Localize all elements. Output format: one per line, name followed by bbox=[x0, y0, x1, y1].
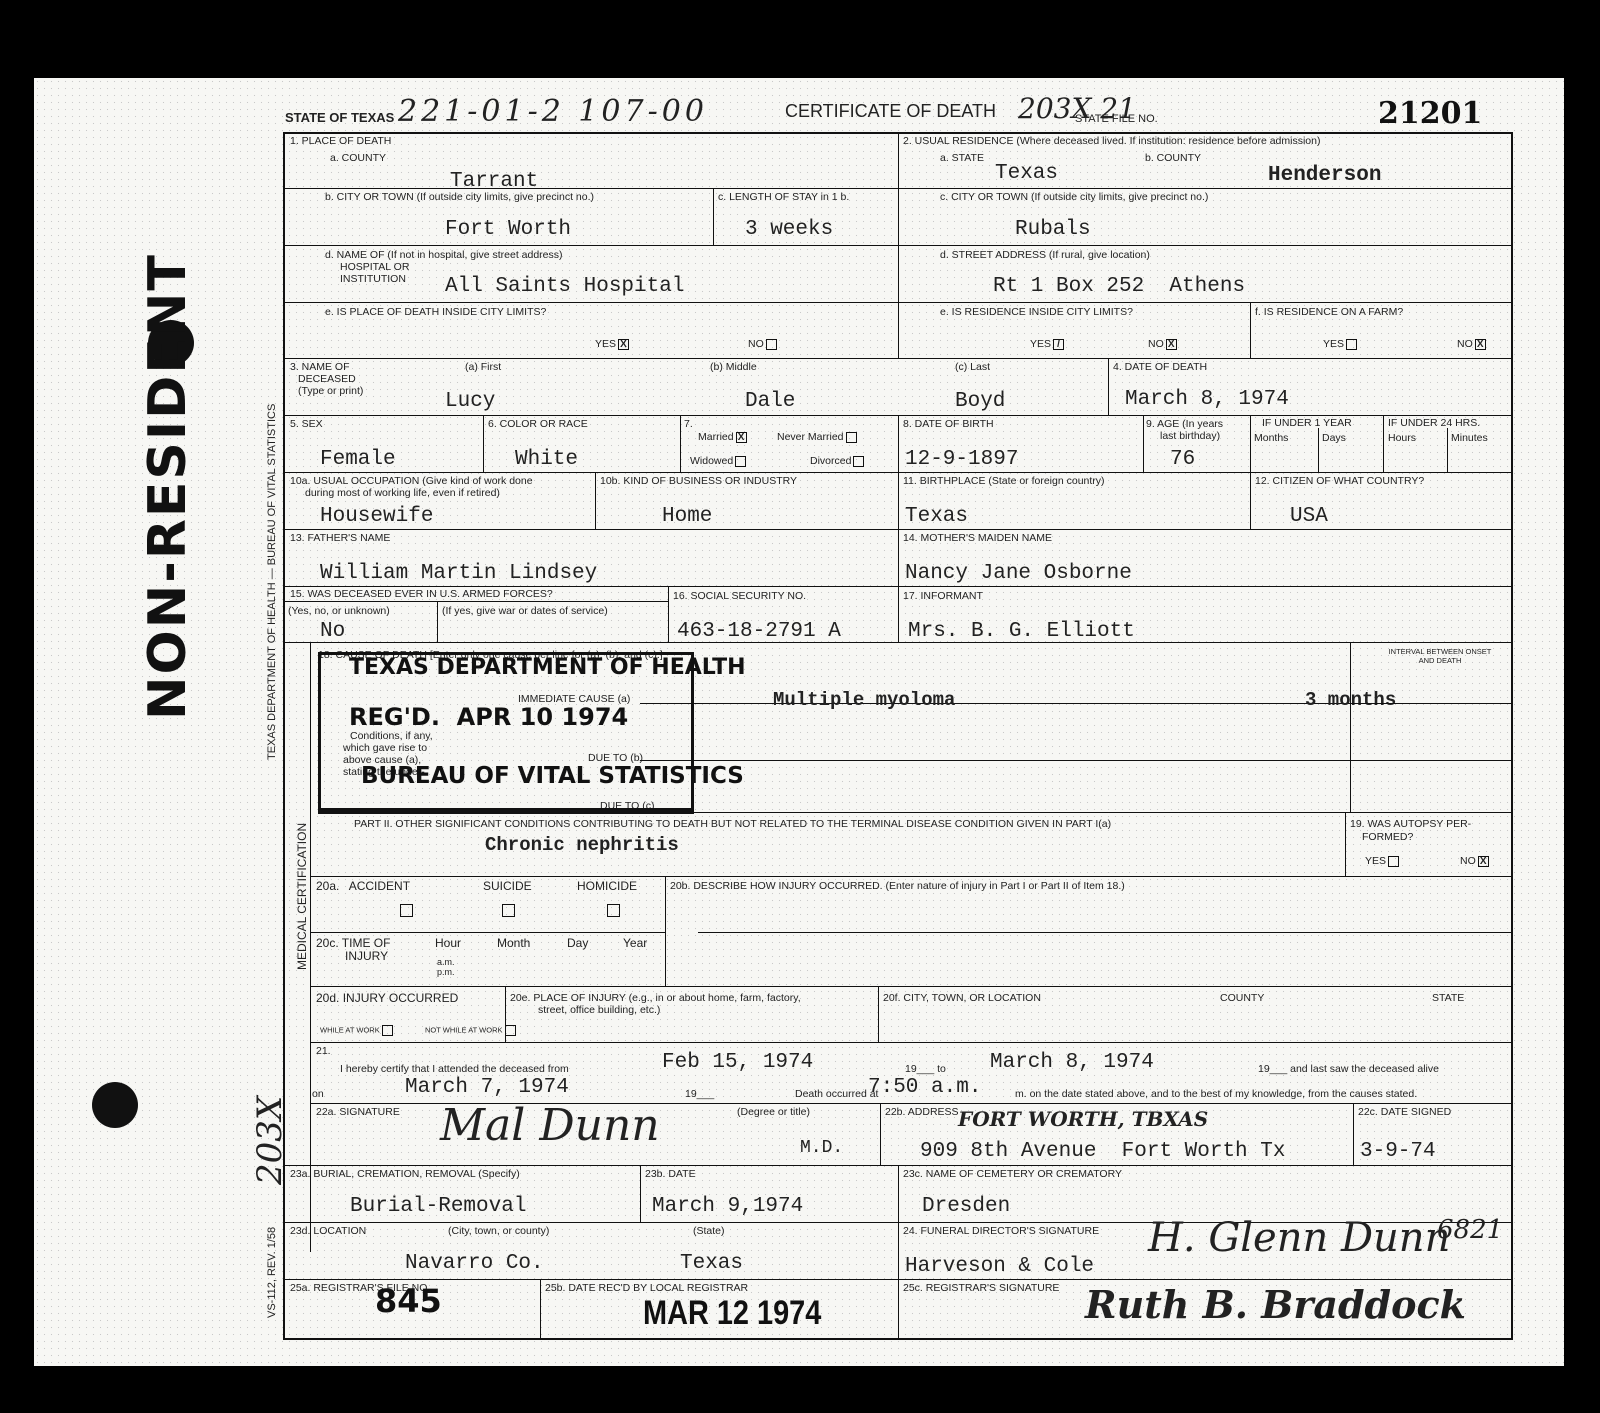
divider bbox=[898, 472, 899, 642]
checkbox-divorced[interactable] bbox=[853, 456, 864, 467]
residence-inside-no: NOX bbox=[1148, 338, 1177, 350]
certificate-number: 21201 bbox=[1378, 96, 1482, 131]
funeral-director-number: 6821 bbox=[1437, 1215, 1503, 1245]
age-label-1: 9. AGE (In years bbox=[1146, 418, 1223, 430]
date-received-label: 25b. DATE REC'D BY LOCAL REGISTRAR bbox=[545, 1282, 748, 1294]
armed-sub-label-1: (Yes, no, or unknown) bbox=[288, 605, 390, 617]
first-name: Lucy bbox=[445, 390, 495, 413]
mother-label: 14. MOTHER'S MAIDEN NAME bbox=[903, 532, 1052, 544]
injury-occurred-label: 20d. INJURY OCCURRED bbox=[316, 992, 458, 1006]
widowed-label: Widowed bbox=[690, 455, 733, 467]
married-label: Married bbox=[698, 431, 734, 443]
divider bbox=[595, 472, 596, 529]
divider bbox=[283, 1279, 1513, 1280]
stamp-line-2: REG'D. APR 10 1974 bbox=[349, 703, 628, 731]
day-label: Day bbox=[567, 937, 588, 951]
punch-hole-bottom bbox=[92, 1082, 138, 1128]
county-label: a. COUNTY bbox=[330, 152, 386, 164]
inside-city-limits-label: e. IS PLACE OF DEATH INSIDE CITY LIMITS? bbox=[325, 306, 546, 318]
armed-sub-label-2: (If yes, give war or dates of service) bbox=[442, 605, 608, 617]
location-state-label: (State) bbox=[693, 1225, 725, 1237]
hospital-label-2: HOSPITAL OR bbox=[340, 261, 409, 273]
divider bbox=[1250, 472, 1251, 529]
medical-cert-border bbox=[310, 642, 311, 1252]
checkbox-no[interactable]: X bbox=[1166, 339, 1177, 350]
no-label: NO bbox=[1457, 338, 1473, 350]
attended-to-date: March 8, 1974 bbox=[990, 1051, 1154, 1074]
hours-label: Hours bbox=[1388, 432, 1416, 444]
death-time: 7:50 a.m. bbox=[868, 1076, 981, 1099]
signature-label: 22a. SIGNATURE bbox=[316, 1106, 400, 1118]
divider bbox=[668, 586, 669, 642]
checkbox-no[interactable]: X bbox=[1478, 856, 1489, 867]
divider bbox=[680, 415, 681, 472]
place-of-injury-label-2: street, office building, etc.) bbox=[538, 1004, 660, 1016]
divider bbox=[1383, 415, 1384, 472]
widowed-option: Widowed bbox=[690, 455, 746, 467]
checkbox-accident[interactable] bbox=[400, 904, 413, 917]
divider bbox=[1318, 428, 1319, 472]
date-signed: 3-9-74 bbox=[1360, 1140, 1436, 1163]
form-revision: VS-112, REV. 1/58 bbox=[266, 1227, 278, 1318]
divider bbox=[1345, 812, 1346, 876]
homicide-label: HOMICIDE bbox=[577, 880, 637, 894]
checkbox-while-at-work[interactable] bbox=[382, 1025, 393, 1036]
divider bbox=[283, 642, 1513, 643]
divider bbox=[283, 586, 1513, 587]
divider bbox=[898, 1165, 899, 1340]
father-label: 13. FATHER'S NAME bbox=[290, 532, 390, 544]
death-inside-yes: YESX bbox=[595, 338, 629, 350]
burial-location-state: Texas bbox=[680, 1252, 743, 1275]
divider bbox=[1350, 642, 1351, 812]
divider bbox=[437, 601, 438, 642]
funeral-director-label: 24. FUNERAL DIRECTOR'S SIGNATURE bbox=[903, 1225, 1099, 1237]
checkbox-never-married[interactable] bbox=[846, 432, 857, 443]
hospital-label-3: INSTITUTION bbox=[340, 273, 406, 285]
checkbox-yes[interactable] bbox=[1388, 856, 1399, 867]
first-name-label: (a) First bbox=[465, 361, 501, 373]
months-label: Months bbox=[1254, 432, 1288, 444]
length-of-stay: 3 weeks bbox=[745, 218, 833, 241]
cemetery-label: 23c. NAME OF CEMETERY OR CREMATORY bbox=[903, 1168, 1122, 1180]
year-blank: 19___ bbox=[685, 1088, 714, 1100]
occupation-label-1: 10a. USUAL OCCUPATION (Give kind of work… bbox=[290, 475, 533, 487]
certify-text-3: m. on the date stated above, and to the … bbox=[1015, 1088, 1417, 1100]
business-label: 10b. KIND OF BUSINESS OR INDUSTRY bbox=[600, 475, 797, 487]
date-of-death: March 8, 1974 bbox=[1125, 388, 1289, 411]
death-city: Fort Worth bbox=[445, 218, 571, 241]
yes-label: YES bbox=[1323, 338, 1344, 350]
age-label-2: last birthday) bbox=[1160, 430, 1220, 442]
disposition: Burial-Removal bbox=[350, 1195, 526, 1218]
address-stamp: FORT WORTH, TBXAS bbox=[958, 1107, 1208, 1131]
usual-residence-label: 2. USUAL RESIDENCE (Where deceased lived… bbox=[903, 135, 1320, 147]
occupation-label-2: during most of working life, even if ret… bbox=[305, 487, 500, 499]
marital-label: 7. bbox=[684, 418, 693, 430]
injury-state-label: STATE bbox=[1432, 992, 1464, 1004]
cemetery: Dresden bbox=[922, 1195, 1010, 1218]
no-label: NO bbox=[1460, 855, 1476, 867]
on-label: on bbox=[312, 1088, 324, 1100]
farm-label: f. IS RESIDENCE ON A FARM? bbox=[1255, 306, 1403, 318]
month-label: Month bbox=[497, 937, 530, 951]
death-occurred-label: Death occurred at bbox=[795, 1088, 878, 1100]
divider bbox=[880, 1103, 881, 1165]
degree: M.D. bbox=[800, 1138, 843, 1158]
place-of-injury-label-1: 20e. PLACE OF INJURY (e.g., in or about … bbox=[510, 992, 801, 1004]
registrar-signature: Ruth B. Braddock bbox=[1085, 1282, 1466, 1327]
birthplace: Texas bbox=[905, 505, 968, 528]
address-label: 22b. ADDRESS bbox=[885, 1106, 959, 1118]
to-label: 19___ to bbox=[905, 1063, 946, 1075]
divider bbox=[310, 986, 1513, 987]
divider bbox=[283, 188, 898, 189]
divider bbox=[483, 415, 484, 472]
accident-label: 20a. ACCIDENT bbox=[316, 880, 410, 894]
disposition-label: 23a. BURIAL, CREMATION, REMOVAL (Specify… bbox=[290, 1168, 520, 1180]
divider bbox=[505, 986, 506, 1042]
location-city-label: (City, town, or county) bbox=[448, 1225, 549, 1237]
divider bbox=[1353, 1103, 1354, 1165]
last-name-label: (c) Last bbox=[955, 361, 990, 373]
residence-city: Rubals bbox=[1015, 218, 1091, 241]
certify-text-2: 19___ and last saw the deceased alive bbox=[1258, 1063, 1439, 1075]
checkbox-married[interactable]: X bbox=[736, 432, 747, 443]
yes-label: YES bbox=[595, 338, 616, 350]
physician-address: 909 8th Avenue Fort Worth Tx bbox=[920, 1140, 1285, 1163]
divider bbox=[665, 876, 666, 986]
injury-county-label: COUNTY bbox=[1220, 992, 1264, 1004]
last-name: Boyd bbox=[955, 390, 1005, 413]
divider bbox=[898, 188, 1513, 189]
divider bbox=[640, 812, 1513, 813]
registrar-file-number: 845 bbox=[375, 1282, 442, 1320]
divider bbox=[1350, 703, 1513, 704]
checkbox-no[interactable] bbox=[766, 339, 777, 350]
autopsy-yes: YES bbox=[1365, 855, 1399, 867]
social-security-number: 463-18-2791 A bbox=[677, 620, 841, 643]
injury-city-label: 20f. CITY, TOWN, OR LOCATION bbox=[883, 992, 1041, 1004]
part2-label: PART II. OTHER SIGNIFICANT CONDITIONS CO… bbox=[354, 818, 1111, 830]
hour-label: Hour bbox=[435, 937, 461, 951]
while-at-work-label: WHILE AT WORK bbox=[320, 1025, 380, 1034]
residence-county-label: b. COUNTY bbox=[1145, 152, 1201, 164]
divider bbox=[540, 1279, 541, 1340]
name-label-3: (Type or print) bbox=[298, 385, 363, 397]
armed-forces-label: 15. WAS DECEASED EVER IN U.S. ARMED FORC… bbox=[290, 588, 553, 600]
checkbox-yes[interactable]: X bbox=[618, 339, 629, 350]
yes-label: YES bbox=[1365, 855, 1386, 867]
divider bbox=[640, 703, 1350, 704]
degree-label: (Degree or title) bbox=[737, 1106, 810, 1118]
residence-state: Texas bbox=[995, 162, 1058, 185]
immediate-cause: Multiple myoloma bbox=[773, 689, 955, 711]
divider bbox=[283, 245, 1513, 246]
informant-label: 17. INFORMANT bbox=[903, 590, 983, 602]
location-label: 23d. LOCATION bbox=[290, 1225, 366, 1237]
divider bbox=[640, 760, 1350, 761]
certification-item-label: 21. bbox=[316, 1045, 331, 1057]
minutes-label: Minutes bbox=[1451, 432, 1488, 444]
while-at-work: WHILE AT WORK bbox=[320, 1025, 393, 1036]
stamp-line-1: TEXAS DEPARTMENT OF HEALTH bbox=[349, 655, 746, 680]
never-married-label: Never Married bbox=[777, 431, 844, 443]
checkbox-not-while-at-work[interactable] bbox=[505, 1025, 516, 1036]
under-24-hrs-label: IF UNDER 24 HRS. bbox=[1388, 417, 1480, 429]
married-option: MarriedX bbox=[698, 431, 747, 443]
date-of-birth: 12-9-1897 bbox=[905, 448, 1018, 471]
sex-label: 5. SEX bbox=[290, 418, 323, 430]
divider bbox=[310, 1042, 1513, 1043]
checkbox-yes[interactable] bbox=[1346, 339, 1357, 350]
checkbox-widowed[interactable] bbox=[735, 456, 746, 467]
ssn-label: 16. SOCIAL SECURITY NO. bbox=[673, 590, 806, 602]
department-margin-text: TEXAS DEPARTMENT OF HEALTH — BUREAU OF V… bbox=[266, 404, 278, 760]
residence-county: Henderson bbox=[1268, 164, 1381, 187]
place-of-death-label: 1. PLACE OF DEATH bbox=[290, 135, 391, 147]
received-stamp: TEXAS DEPARTMENT OF HEALTH REG'D. APR 10… bbox=[318, 652, 694, 814]
informant: Mrs. B. G. Elliott bbox=[908, 620, 1135, 643]
divider bbox=[698, 932, 1513, 933]
middle-name-label: (b) Middle bbox=[710, 361, 757, 373]
burial-date-label: 23b. DATE bbox=[645, 1168, 696, 1180]
registrar-signature-label: 25c. REGISTRAR'S SIGNATURE bbox=[903, 1282, 1059, 1294]
hospital-name: All Saints Hospital bbox=[445, 275, 684, 298]
divider bbox=[878, 986, 879, 1042]
autopsy-label-1: 19. WAS AUTOPSY PER- bbox=[1350, 818, 1471, 830]
residence-state-label: a. STATE bbox=[940, 152, 984, 164]
residence-inside-yes: YES/ bbox=[1030, 338, 1064, 350]
name-label-2: DECEASED bbox=[298, 373, 356, 385]
residence-city-label: c. CITY OR TOWN (If outside city limits,… bbox=[940, 191, 1208, 203]
birthplace-label: 11. BIRTHPLACE (State or foreign country… bbox=[903, 475, 1105, 487]
handwritten-code: 221-01-2 107-00 bbox=[398, 94, 708, 129]
farm-yes: YES bbox=[1323, 338, 1357, 350]
no-label: NO bbox=[1148, 338, 1164, 350]
death-county: Tarrant bbox=[450, 170, 538, 193]
never-married-option: Never Married bbox=[777, 431, 857, 443]
no-label: NO bbox=[748, 338, 764, 350]
mother-maiden-name: Nancy Jane Osborne bbox=[905, 562, 1132, 585]
checkbox-homicide[interactable] bbox=[607, 904, 620, 917]
street-address: Rt 1 Box 252 Athens bbox=[993, 275, 1245, 298]
autopsy-label-2: FORMED? bbox=[1362, 831, 1413, 843]
state-of-texas-label: STATE OF TEXAS bbox=[285, 111, 394, 126]
divider bbox=[713, 188, 714, 245]
middle-name: Dale bbox=[745, 390, 795, 413]
state-file-no-label: STATE FILE NO. bbox=[1075, 113, 1158, 126]
attended-from-date: Feb 15, 1974 bbox=[662, 1051, 813, 1074]
last-seen-date: March 7, 1974 bbox=[405, 1076, 569, 1099]
residence-inside-limits-label: e. IS RESIDENCE INSIDE CITY LIMITS? bbox=[940, 306, 1133, 318]
divider bbox=[283, 601, 668, 602]
hospital-label-1: d. NAME OF (If not in hospital, give str… bbox=[325, 249, 563, 261]
checkbox-suicide[interactable] bbox=[502, 904, 515, 917]
divider bbox=[640, 1165, 641, 1222]
date-of-death-label: 4. DATE OF DEATH bbox=[1113, 361, 1207, 373]
death-inside-no: NO bbox=[748, 338, 777, 350]
armed-forces: No bbox=[320, 620, 345, 643]
under-1-year-label: IF UNDER 1 YEAR bbox=[1262, 417, 1352, 429]
not-while-at-work: NOT WHILE AT WORK bbox=[425, 1025, 516, 1036]
divorced-option: Divorced bbox=[810, 455, 864, 467]
divider bbox=[1143, 415, 1144, 472]
ampm-label: a.m. p.m. bbox=[437, 957, 463, 978]
yes-label: YES bbox=[1030, 338, 1051, 350]
street-address-label: d. STREET ADDRESS (If rural, give locati… bbox=[940, 249, 1150, 261]
length-of-stay-label: c. LENGTH OF STAY in 1 b. bbox=[718, 191, 858, 203]
divider bbox=[1250, 415, 1251, 472]
date-received: MAR 12 1974 bbox=[643, 1294, 821, 1333]
divider bbox=[283, 529, 1513, 530]
physician-signature: Mal Dunn bbox=[440, 1100, 660, 1151]
citizen-label: 12. CITIZEN OF WHAT COUNTRY? bbox=[1255, 475, 1424, 487]
funeral-home: Harveson & Cole bbox=[905, 1255, 1094, 1278]
divider bbox=[1250, 302, 1251, 358]
name-label-1: 3. NAME OF bbox=[290, 361, 350, 373]
divider bbox=[310, 876, 1513, 877]
autopsy-no: NOX bbox=[1460, 855, 1489, 867]
divider bbox=[283, 302, 1513, 303]
certify-text-1: I hereby certify that I attended the dec… bbox=[340, 1063, 569, 1075]
divider bbox=[1447, 428, 1448, 472]
age: 76 bbox=[1170, 448, 1195, 471]
divider bbox=[283, 358, 1513, 359]
certificate-title: CERTIFICATE OF DEATH bbox=[785, 101, 996, 122]
business: Home bbox=[662, 505, 712, 528]
farm-no: NOX bbox=[1457, 338, 1486, 350]
year-label: Year bbox=[623, 937, 647, 951]
burial-date: March 9,1974 bbox=[652, 1195, 803, 1218]
interval: 3 months bbox=[1305, 689, 1396, 711]
divider bbox=[310, 932, 665, 933]
non-resident-stamp: NON-RESIDENT bbox=[138, 253, 198, 720]
father-name: William Martin Lindsey bbox=[320, 562, 597, 585]
city-label: b. CITY OR TOWN (If outside city limits,… bbox=[325, 191, 594, 203]
divider bbox=[898, 415, 899, 472]
citizen: USA bbox=[1290, 505, 1328, 528]
checkbox-yes[interactable]: / bbox=[1053, 339, 1064, 350]
race-label: 6. COLOR OR RACE bbox=[488, 418, 588, 430]
divorced-label: Divorced bbox=[810, 455, 851, 467]
sex: Female bbox=[320, 448, 396, 471]
not-while-at-work-label: NOT WHILE AT WORK bbox=[425, 1025, 503, 1034]
days-label: Days bbox=[1322, 432, 1346, 444]
race: White bbox=[515, 448, 578, 471]
describe-injury-label: 20b. DESCRIBE HOW INJURY OCCURRED. (Ente… bbox=[670, 880, 1125, 892]
checkbox-no[interactable]: X bbox=[1475, 339, 1486, 350]
divider bbox=[1350, 760, 1513, 761]
dob-label: 8. DATE OF BIRTH bbox=[903, 418, 994, 430]
stamp-line-3: BUREAU OF VITAL STATISTICS bbox=[361, 763, 744, 789]
divider bbox=[1108, 358, 1109, 415]
funeral-director-signature: H. Glenn Dunn bbox=[1148, 1215, 1450, 1261]
part2-conditions: Chronic nephritis bbox=[485, 834, 679, 856]
time-of-injury-label-2: INJURY bbox=[345, 950, 388, 964]
interval-label: INTERVAL BETWEEN ONSET AND DEATH bbox=[1385, 648, 1495, 665]
suicide-label: SUICIDE bbox=[483, 880, 532, 894]
date-signed-label: 22c. DATE SIGNED bbox=[1358, 1106, 1451, 1118]
occupation: Housewife bbox=[320, 505, 433, 528]
burial-location-city: Navarro Co. bbox=[405, 1252, 544, 1275]
